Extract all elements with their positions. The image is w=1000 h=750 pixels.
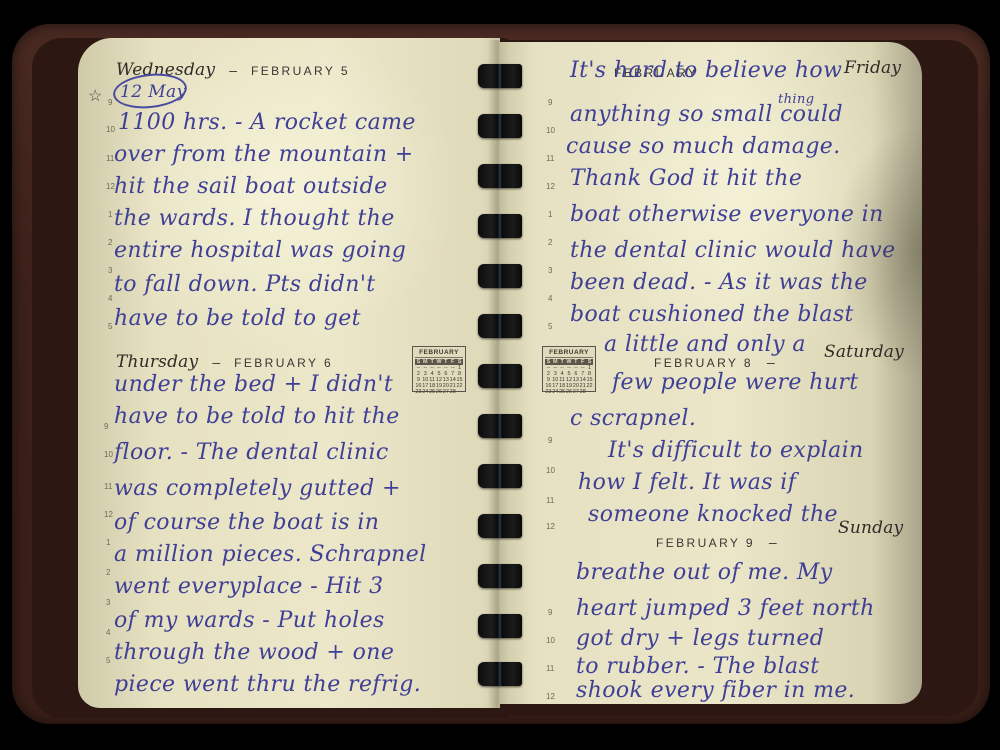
hour-mark: 9 xyxy=(548,436,552,445)
spiral-ring xyxy=(478,614,522,638)
dash: – xyxy=(769,534,777,550)
cal-day: 23 xyxy=(415,389,422,395)
handwritten-line: the wards. I thought the xyxy=(114,206,395,231)
hour-mark: 9 xyxy=(548,608,552,617)
spiral-ring xyxy=(478,264,522,288)
hour-mark: 12 xyxy=(546,522,555,531)
handwritten-line: to fall down. Pts didn't xyxy=(114,272,376,297)
spiral-ring xyxy=(478,464,522,488)
date-label: FEBRUARY 9 xyxy=(656,536,755,550)
cal-day: 27 xyxy=(442,389,449,395)
handwritten-line: went everyplace - Hit 3 xyxy=(114,574,384,599)
spiral-ring xyxy=(478,164,522,188)
weekday-label: Friday xyxy=(844,58,901,78)
cal-day: -- xyxy=(456,389,463,395)
left-page: Wednesday – FEBRUARY 5 9 10 11 12 1 2 3 … xyxy=(78,38,500,708)
cal-day: 28 xyxy=(579,389,586,395)
handwritten-line: entire hospital was going xyxy=(114,238,406,263)
handwritten-line: got dry + legs turned xyxy=(576,626,824,651)
cal-day: 26 xyxy=(436,389,443,395)
cal-day: 28 xyxy=(449,389,456,395)
dash: – xyxy=(767,354,775,370)
hour-mark: 12 xyxy=(546,692,555,701)
hour-mark: 9 xyxy=(548,98,552,107)
hour-mark: 2 xyxy=(108,238,112,247)
hour-mark: 2 xyxy=(548,238,552,247)
cal-day: -- xyxy=(586,389,593,395)
hour-mark: 3 xyxy=(548,266,552,275)
spiral-ring xyxy=(478,64,522,88)
date-label: FEBRUARY 8 xyxy=(654,356,753,370)
handwritten-line: piece went thru the refrig. xyxy=(114,672,421,697)
handwritten-line: have to be told to hit the xyxy=(114,404,400,429)
handwritten-line: through the wood + one xyxy=(114,640,394,665)
day-header-sunday: FEBRUARY 9 – xyxy=(656,534,791,550)
hour-mark: 1 xyxy=(106,538,110,547)
handwritten-line: have to be told to get xyxy=(114,306,361,331)
spiral-ring xyxy=(478,214,522,238)
hour-mark: 10 xyxy=(104,450,113,459)
mini-calendar-grid: S M T W T F S -- -- -- -- -- -- 1 2 3 4 … xyxy=(545,359,593,395)
cal-day: 24 xyxy=(552,389,559,395)
spiral-ring xyxy=(478,114,522,138)
handwritten-line: of my wards - Put holes xyxy=(114,608,385,633)
spiral-ring xyxy=(478,364,522,388)
spiral-ring xyxy=(478,662,522,686)
weekday-label: Thursday xyxy=(116,352,198,372)
handwritten-line: under the bed + I didn't xyxy=(114,372,393,397)
handwritten-line: Thank God it hit the xyxy=(570,166,802,191)
star-icon: ☆ xyxy=(88,86,102,105)
handwritten-line: c scrapnel. xyxy=(570,406,696,431)
cal-day: 27 xyxy=(572,389,579,395)
mini-calendar-title: FEBRUARY xyxy=(545,349,593,358)
right-page: FEBRUARY Friday 9 10 11 12 1 2 3 4 5 It'… xyxy=(500,42,922,704)
spiral-ring xyxy=(478,564,522,588)
hour-mark: 11 xyxy=(104,482,112,491)
handwritten-line: to rubber. - The blast xyxy=(576,654,820,679)
hour-mark: 10 xyxy=(546,126,555,135)
cal-day: 25 xyxy=(559,389,566,395)
hour-mark: 12 xyxy=(546,182,555,191)
dash: – xyxy=(229,62,237,78)
handwritten-line: floor. - The dental clinic xyxy=(114,440,389,465)
handwritten-line: boat otherwise everyone in xyxy=(570,202,884,227)
handwritten-line: anything so small could xyxy=(570,102,843,127)
handwritten-line: It's hard to believe how xyxy=(570,58,842,83)
hour-mark: 9 xyxy=(104,422,108,431)
handwritten-line: how I felt. It was if xyxy=(578,470,796,495)
cal-day: 25 xyxy=(429,389,436,395)
hour-mark: 4 xyxy=(106,628,110,637)
hour-mark: 12 xyxy=(104,510,113,519)
weekday-label: Saturday xyxy=(824,342,904,362)
hour-mark: 9 xyxy=(108,98,112,107)
handwritten-line: heart jumped 3 feet north xyxy=(576,596,875,621)
handwritten-line: someone knocked the xyxy=(588,502,838,527)
spiral-ring xyxy=(478,314,522,338)
hour-mark: 11 xyxy=(546,664,554,673)
handwritten-line: over from the mountain + xyxy=(114,142,414,167)
date-label: FEBRUARY 5 xyxy=(251,64,350,78)
handwritten-line: It's difficult to explain xyxy=(608,438,864,463)
hour-mark: 3 xyxy=(106,598,110,607)
handwritten-line: cause so much damage. xyxy=(566,134,841,159)
handwritten-line: been dead. - As it was the xyxy=(570,270,868,295)
day-header-thursday: Thursday – FEBRUARY 6 xyxy=(116,352,333,372)
weekday-label: Sunday xyxy=(838,518,903,538)
date-label: FEBRUARY 6 xyxy=(234,356,333,370)
mini-calendar-grid: S M T W T F S -- -- -- -- -- -- 1 2 3 4 … xyxy=(415,359,463,395)
handwritten-line: boat cushioned the blast xyxy=(570,302,854,327)
spiral-ring xyxy=(478,514,522,538)
hour-mark: 11 xyxy=(546,496,554,505)
cal-day: 24 xyxy=(422,389,429,395)
day-header-saturday: FEBRUARY 8 – xyxy=(654,354,789,370)
mini-calendar: FEBRUARY S M T W T F S -- -- -- -- -- --… xyxy=(412,346,466,392)
handwritten-line: breathe out of me. My xyxy=(576,560,833,585)
handwritten-line: a million pieces. Schrapnel xyxy=(114,542,427,567)
hour-mark: 1 xyxy=(548,210,552,219)
hour-mark: 4 xyxy=(548,294,552,303)
hour-mark: 5 xyxy=(108,322,112,331)
cal-day: 23 xyxy=(545,389,552,395)
hour-mark: 4 xyxy=(108,294,112,303)
hour-mark: 3 xyxy=(108,266,112,275)
handwritten-line: was completely gutted + xyxy=(114,476,401,501)
handwritten-line: shook every fiber in me. xyxy=(576,678,855,703)
hour-mark: 11 xyxy=(546,154,554,163)
dash: – xyxy=(212,354,220,370)
hour-mark: 10 xyxy=(106,125,115,134)
mini-calendar-title: FEBRUARY xyxy=(415,349,463,358)
handwritten-line: hit the sail boat outside xyxy=(114,174,388,199)
handwritten-line: 1100 hrs. - A rocket came xyxy=(118,110,416,135)
hour-mark: 5 xyxy=(106,656,110,665)
hour-mark: 10 xyxy=(546,466,555,475)
mini-calendar: FEBRUARY S M T W T F S -- -- -- -- -- --… xyxy=(542,346,596,392)
spiral-ring xyxy=(478,414,522,438)
hour-mark: 1 xyxy=(108,210,112,219)
handwritten-line: few people were hurt xyxy=(612,370,859,395)
hour-mark: 2 xyxy=(106,568,110,577)
handwritten-line: of course the boat is in xyxy=(114,510,379,535)
cal-day: 26 xyxy=(566,389,573,395)
hour-mark: 5 xyxy=(548,322,552,331)
hour-mark: 10 xyxy=(546,636,555,645)
handwritten-line: the dental clinic would have xyxy=(570,238,895,263)
